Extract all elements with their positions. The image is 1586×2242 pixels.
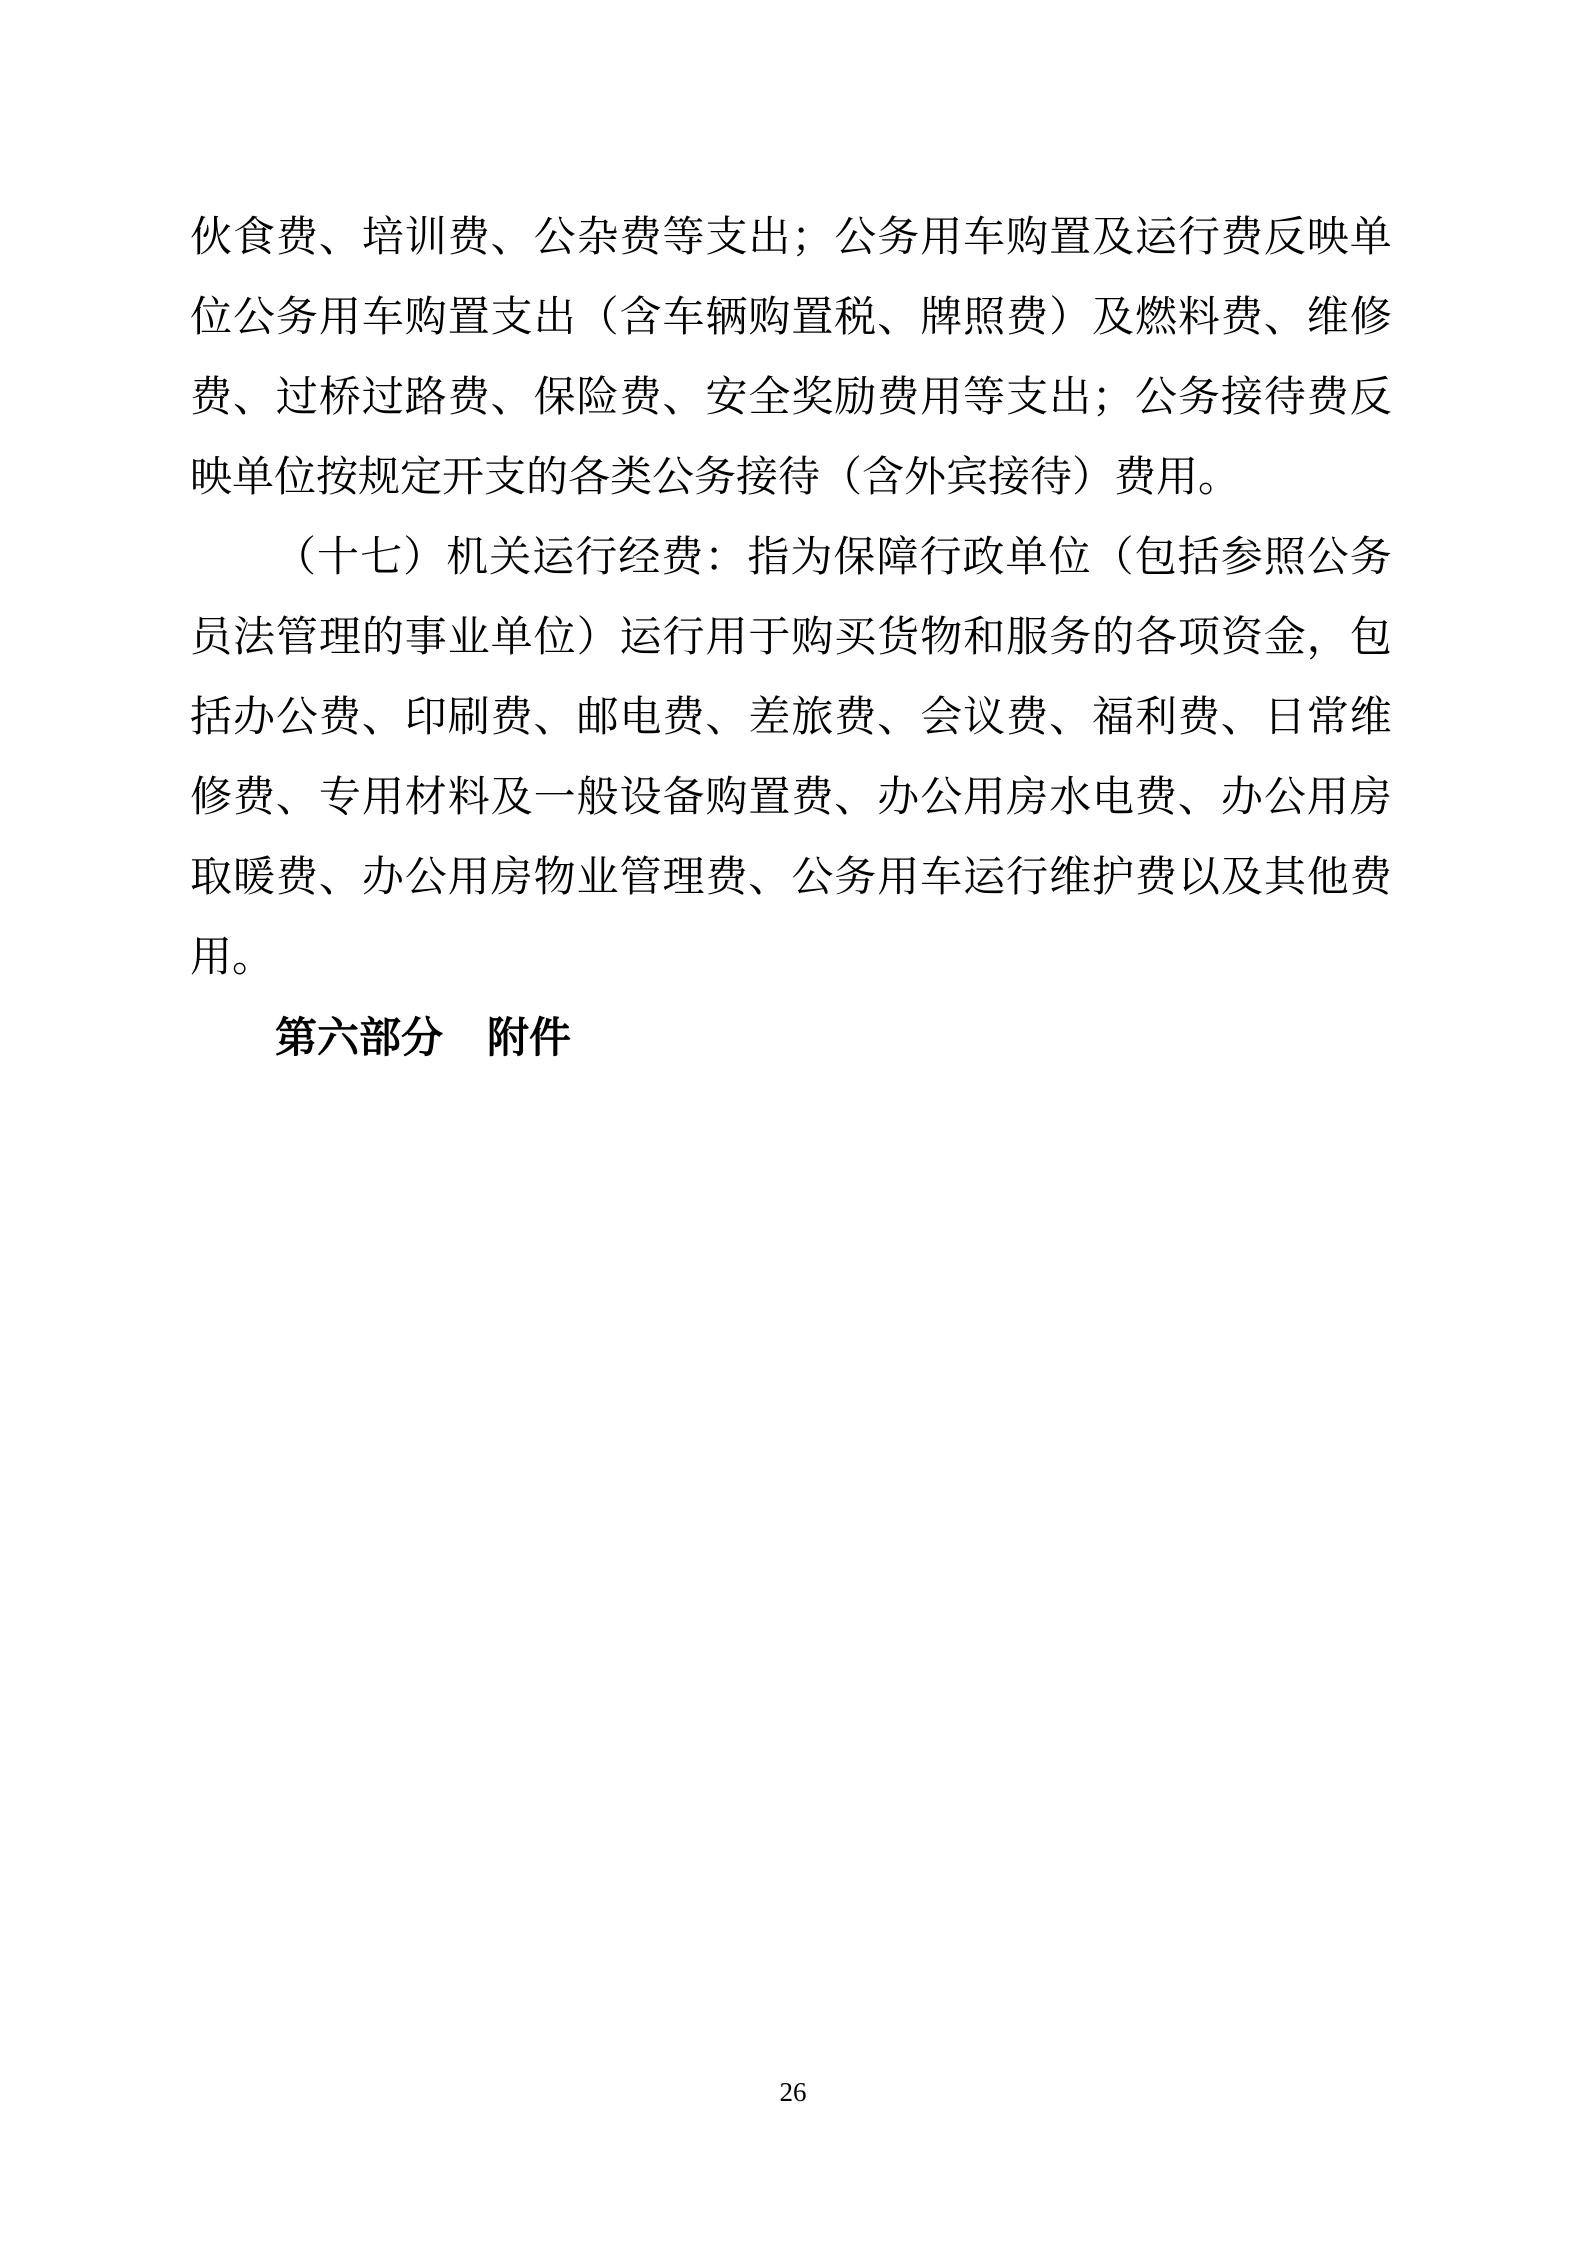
paragraph-line: 括办公费、印刷费、邮电费、差旅费、会议费、福利费、日常维 bbox=[190, 678, 1392, 758]
paragraph-line: 修费、专用材料及一般设备购置费、办公用房水电费、办公用房 bbox=[190, 758, 1392, 838]
section-heading-title: 附件 bbox=[487, 1014, 571, 1061]
paragraph-line: 位公务用车购置支出（含车辆购置税、牌照费）及燃料费、维修 bbox=[190, 278, 1392, 358]
paragraph-line: 费、过桥过路费、保险费、安全奖励费用等支出；公务接待费反 bbox=[190, 358, 1392, 438]
section-heading-number: 第六部分 bbox=[275, 1014, 443, 1061]
paragraph-line: 员法管理的事业单位）运行用于购买货物和服务的各项资金，包 bbox=[190, 598, 1392, 678]
page-number: 26 bbox=[0, 2074, 1586, 2110]
paragraph-line: 伙食费、培训费、公杂费等支出；公务用车购置及运行费反映单 bbox=[190, 198, 1392, 278]
section-heading: 第六部分附件 bbox=[190, 998, 1392, 1078]
paragraph-line: 取暖费、办公用房物业管理费、公务用车运行维护费以及其他费 bbox=[190, 838, 1392, 918]
paragraph-line-indented: （十七）机关运行经费：指为保障行政单位（包括参照公务 bbox=[190, 518, 1392, 598]
paragraph-line: 用。 bbox=[190, 918, 1392, 998]
text-content: 伙食费、培训费、公杂费等支出；公务用车购置及运行费反映单 位公务用车购置支出（含… bbox=[190, 198, 1392, 1078]
document-page: 伙食费、培训费、公杂费等支出；公务用车购置及运行费反映单 位公务用车购置支出（含… bbox=[0, 0, 1586, 2242]
paragraph-line: 映单位按规定开支的各类公务接待（含外宾接待）费用。 bbox=[190, 438, 1392, 518]
